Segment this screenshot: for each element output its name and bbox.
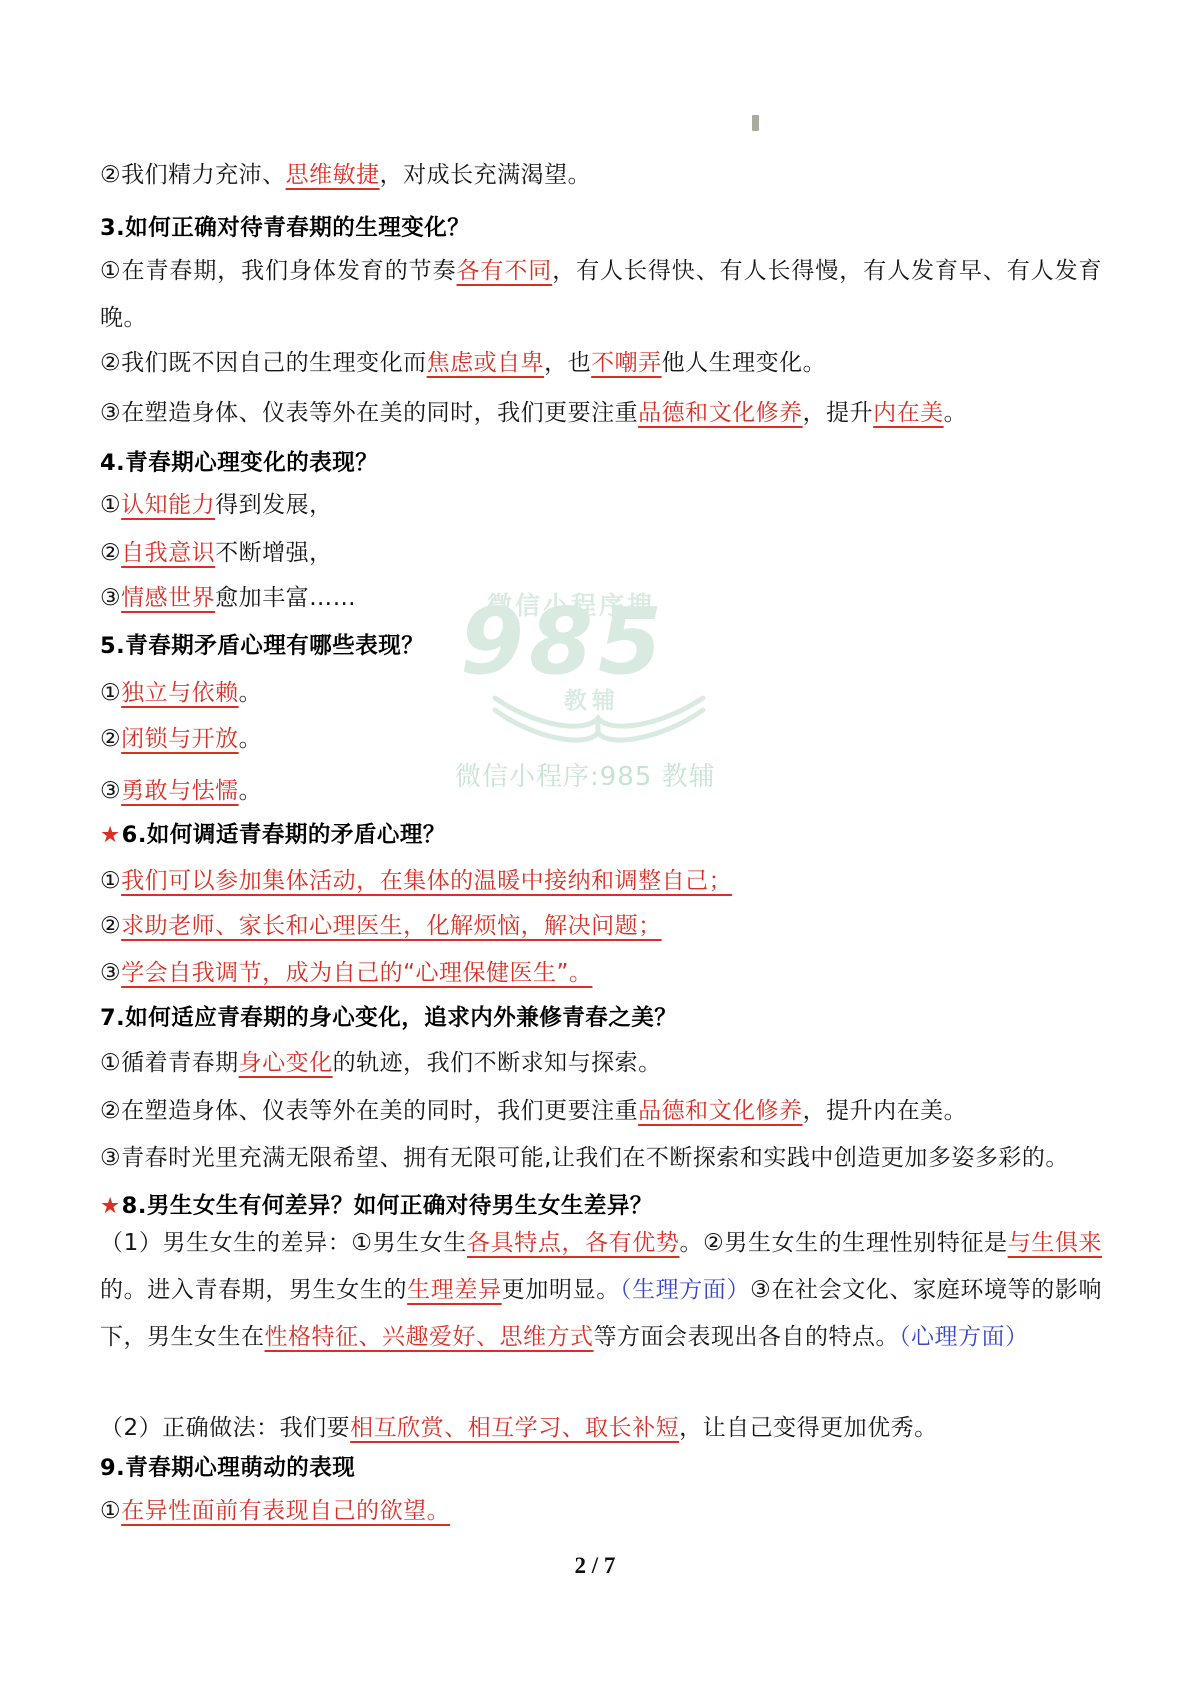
paragraph: ①认知能力得到发展， bbox=[100, 482, 1102, 529]
body-text: 6.如何调适青春期的矛盾心理？ bbox=[122, 822, 446, 848]
body-text: ，提升 bbox=[803, 400, 874, 426]
section-heading: ★6.如何调适青春期的矛盾心理？ bbox=[100, 812, 1102, 859]
body-text: ，也 bbox=[544, 350, 591, 376]
body-text: 。 bbox=[239, 778, 263, 804]
body-text: 得到发展， bbox=[215, 492, 333, 518]
paragraph: ③青春时光里充满无限希望、拥有无限可能,让我们在不断探索和实践中创造更加多姿多彩… bbox=[100, 1135, 1102, 1182]
key-term: 内在美 bbox=[873, 400, 944, 426]
body-text: ，让自己变得更加优秀。 bbox=[679, 1415, 938, 1441]
section-heading: 5.青春期矛盾心理有哪些表现？ bbox=[100, 623, 1102, 670]
body-text: 7.如何适应青春期的身心变化，追求内外兼修青春之美？ bbox=[100, 1005, 677, 1031]
section-heading: 4.青春期心理变化的表现？ bbox=[100, 440, 1102, 487]
body-text: 3.如何正确对待青春期的生理变化？ bbox=[100, 215, 470, 241]
key-term: 闭锁与开放 bbox=[121, 726, 239, 752]
key-term: 性格特征、兴趣爱好、思维方式 bbox=[265, 1324, 594, 1350]
paragraph: ②我们精力充沛、思维敏捷，对成长充满渴望。 bbox=[100, 152, 1102, 199]
paragraph: ①循着青春期身心变化的轨迹，我们不断求知与探索。 bbox=[100, 1040, 1102, 1087]
body-text: ③在塑造身体、仪表等外在美的同时，我们更要注重 bbox=[100, 400, 638, 426]
body-text: ① bbox=[100, 868, 121, 894]
key-term: 生理差异 bbox=[407, 1277, 502, 1303]
paragraph: ②闭锁与开放。 bbox=[100, 716, 1102, 763]
body-text: ②我们精力充沛、 bbox=[100, 162, 286, 188]
body-text: 的轨迹，我们不断求知与探索。 bbox=[333, 1050, 662, 1076]
paragraph: ①我们可以参加集体活动，在集体的温暖中接纳和调整自己； bbox=[100, 858, 1102, 905]
paragraph: ③勇敢与怯懦。 bbox=[100, 768, 1102, 815]
body-text: ①在青春期，我们身体发育的节奏 bbox=[100, 258, 456, 284]
body-text: 8.男生女生有何差异？如何正确对待男生女生差异？ bbox=[122, 1193, 653, 1219]
body-text: （1）男生女生的差异：①男生女生 bbox=[100, 1230, 467, 1256]
body-text: ③ bbox=[100, 960, 121, 986]
document-page: 微信小程序搜 985 教辅 微信小程序:985 教辅 ②我们精力充沛、思维敏捷，… bbox=[0, 0, 1190, 1683]
body-text: ② bbox=[100, 540, 121, 566]
key-term: 认知能力 bbox=[121, 492, 215, 518]
body-text: 9.青春期心理萌动的表现 bbox=[100, 1455, 355, 1481]
paragraph: ②自我意识不断增强， bbox=[100, 530, 1102, 577]
key-term: 思维敏捷 bbox=[286, 162, 380, 188]
section-heading: 7.如何适应青春期的身心变化，追求内外兼修青春之美？ bbox=[100, 995, 1102, 1042]
paragraph: （1）男生女生的差异：①男生女生各具特点，各有优势。②男生女生的生理性别特征是与… bbox=[100, 1220, 1102, 1361]
body-text: ③ bbox=[100, 778, 121, 804]
body-text: 更加明显。 bbox=[502, 1277, 620, 1303]
section-heading: 3.如何正确对待青春期的生理变化？ bbox=[100, 205, 1102, 252]
body-text: 5.青春期矛盾心理有哪些表现？ bbox=[100, 633, 424, 659]
body-text: ③青春时光里充满无限希望、拥有无限可能,让我们在不断探索和实践中创造更加多姿多彩… bbox=[100, 1145, 1069, 1171]
paragraph: ③情感世界愈加丰富…… bbox=[100, 575, 1102, 622]
paragraph: ②求助老师、家长和心理医生，化解烦恼，解决问题； bbox=[100, 903, 1102, 950]
key-term: 求助老师、家长和心理医生，化解烦恼，解决问题； bbox=[121, 913, 662, 939]
key-term: 独立与依赖 bbox=[121, 680, 239, 706]
body-text: 等方面会表现出各自的特点。 bbox=[594, 1324, 900, 1350]
body-text: ① bbox=[100, 1498, 121, 1524]
body-text: （2）正确做法：我们要 bbox=[100, 1415, 350, 1441]
key-term: 与生俱来 bbox=[1008, 1230, 1102, 1256]
key-term: 各有不同 bbox=[456, 258, 552, 284]
key-term: 不嘲弄 bbox=[591, 350, 662, 376]
key-term: 我们可以参加集体活动，在集体的温暖中接纳和调整自己； bbox=[121, 868, 732, 894]
key-term: 自我意识 bbox=[121, 540, 215, 566]
key-term: 相互欣赏、相互学习、取长补短 bbox=[350, 1415, 679, 1441]
body-text: ② bbox=[100, 913, 121, 939]
aspect-label: （生理方面） bbox=[620, 1277, 750, 1303]
body-text: ①循着青春期 bbox=[100, 1050, 239, 1076]
key-term: 学会自我调节，成为自己的“心理保健医生”。 bbox=[121, 960, 592, 986]
key-term: 品德和文化修养 bbox=[638, 1098, 803, 1124]
body-text: ，提升内在美。 bbox=[803, 1098, 968, 1124]
body-text: ②在塑造身体、仪表等外在美的同时，我们更要注重 bbox=[100, 1098, 638, 1124]
page-number: 2 / 7 bbox=[0, 1553, 1190, 1579]
star-icon: ★ bbox=[100, 1193, 121, 1219]
body-text: ，对成长充满渴望。 bbox=[380, 162, 592, 188]
body-text: 的。进入青春期，男生女生的 bbox=[100, 1277, 407, 1303]
body-text: ②我们既不因自己的生理变化而 bbox=[100, 350, 427, 376]
body-text: 。 bbox=[239, 726, 263, 752]
key-term: 身心变化 bbox=[239, 1050, 333, 1076]
star-icon: ★ bbox=[100, 822, 121, 848]
paragraph: ①在青春期，我们身体发育的节奏各有不同，有人长得快、有人长得慢，有人发育早、有人… bbox=[100, 248, 1102, 342]
body-text: ② bbox=[100, 726, 121, 752]
key-term: 勇敢与怯懦 bbox=[121, 778, 239, 804]
body-text: 。 bbox=[239, 680, 263, 706]
paragraph: ③学会自我调节，成为自己的“心理保健医生”。 bbox=[100, 950, 1102, 997]
paragraph: ②我们既不因自己的生理变化而焦虑或自卑，也不嘲弄他人生理变化。 bbox=[100, 340, 1102, 387]
body-text: 他人生理变化。 bbox=[662, 350, 827, 376]
aspect-label: （心理方面） bbox=[899, 1324, 1029, 1350]
body-text: 。 bbox=[944, 400, 968, 426]
body-text: 不断增强， bbox=[215, 540, 333, 566]
paragraph: ①在异性面前有表现自己的欲望。 bbox=[100, 1488, 1102, 1535]
key-term: 在异性面前有表现自己的欲望。 bbox=[121, 1498, 450, 1524]
body-text: ③ bbox=[100, 585, 121, 611]
body-text: ① bbox=[100, 680, 121, 706]
key-term: 各具特点，各有优势 bbox=[467, 1230, 680, 1256]
section-heading: 9.青春期心理萌动的表现 bbox=[100, 1445, 1102, 1492]
body-text: 4.青春期心理变化的表现？ bbox=[100, 450, 378, 476]
paragraph: ③在塑造身体、仪表等外在美的同时，我们更要注重品德和文化修养，提升内在美。 bbox=[100, 390, 1102, 437]
key-term: 品德和文化修养 bbox=[638, 400, 803, 426]
body-text: 愈加丰富…… bbox=[215, 585, 356, 611]
paragraph: ①独立与依赖。 bbox=[100, 670, 1102, 717]
paragraph: ②在塑造身体、仪表等外在美的同时，我们更要注重品德和文化修养，提升内在美。 bbox=[100, 1088, 1102, 1135]
key-term: 焦虑或自卑 bbox=[427, 350, 545, 376]
body-text: 。②男生女生的生理性别特征是 bbox=[680, 1230, 1008, 1256]
key-term: 情感世界 bbox=[121, 585, 215, 611]
scan-artifact bbox=[752, 115, 759, 131]
body-text: ① bbox=[100, 492, 121, 518]
